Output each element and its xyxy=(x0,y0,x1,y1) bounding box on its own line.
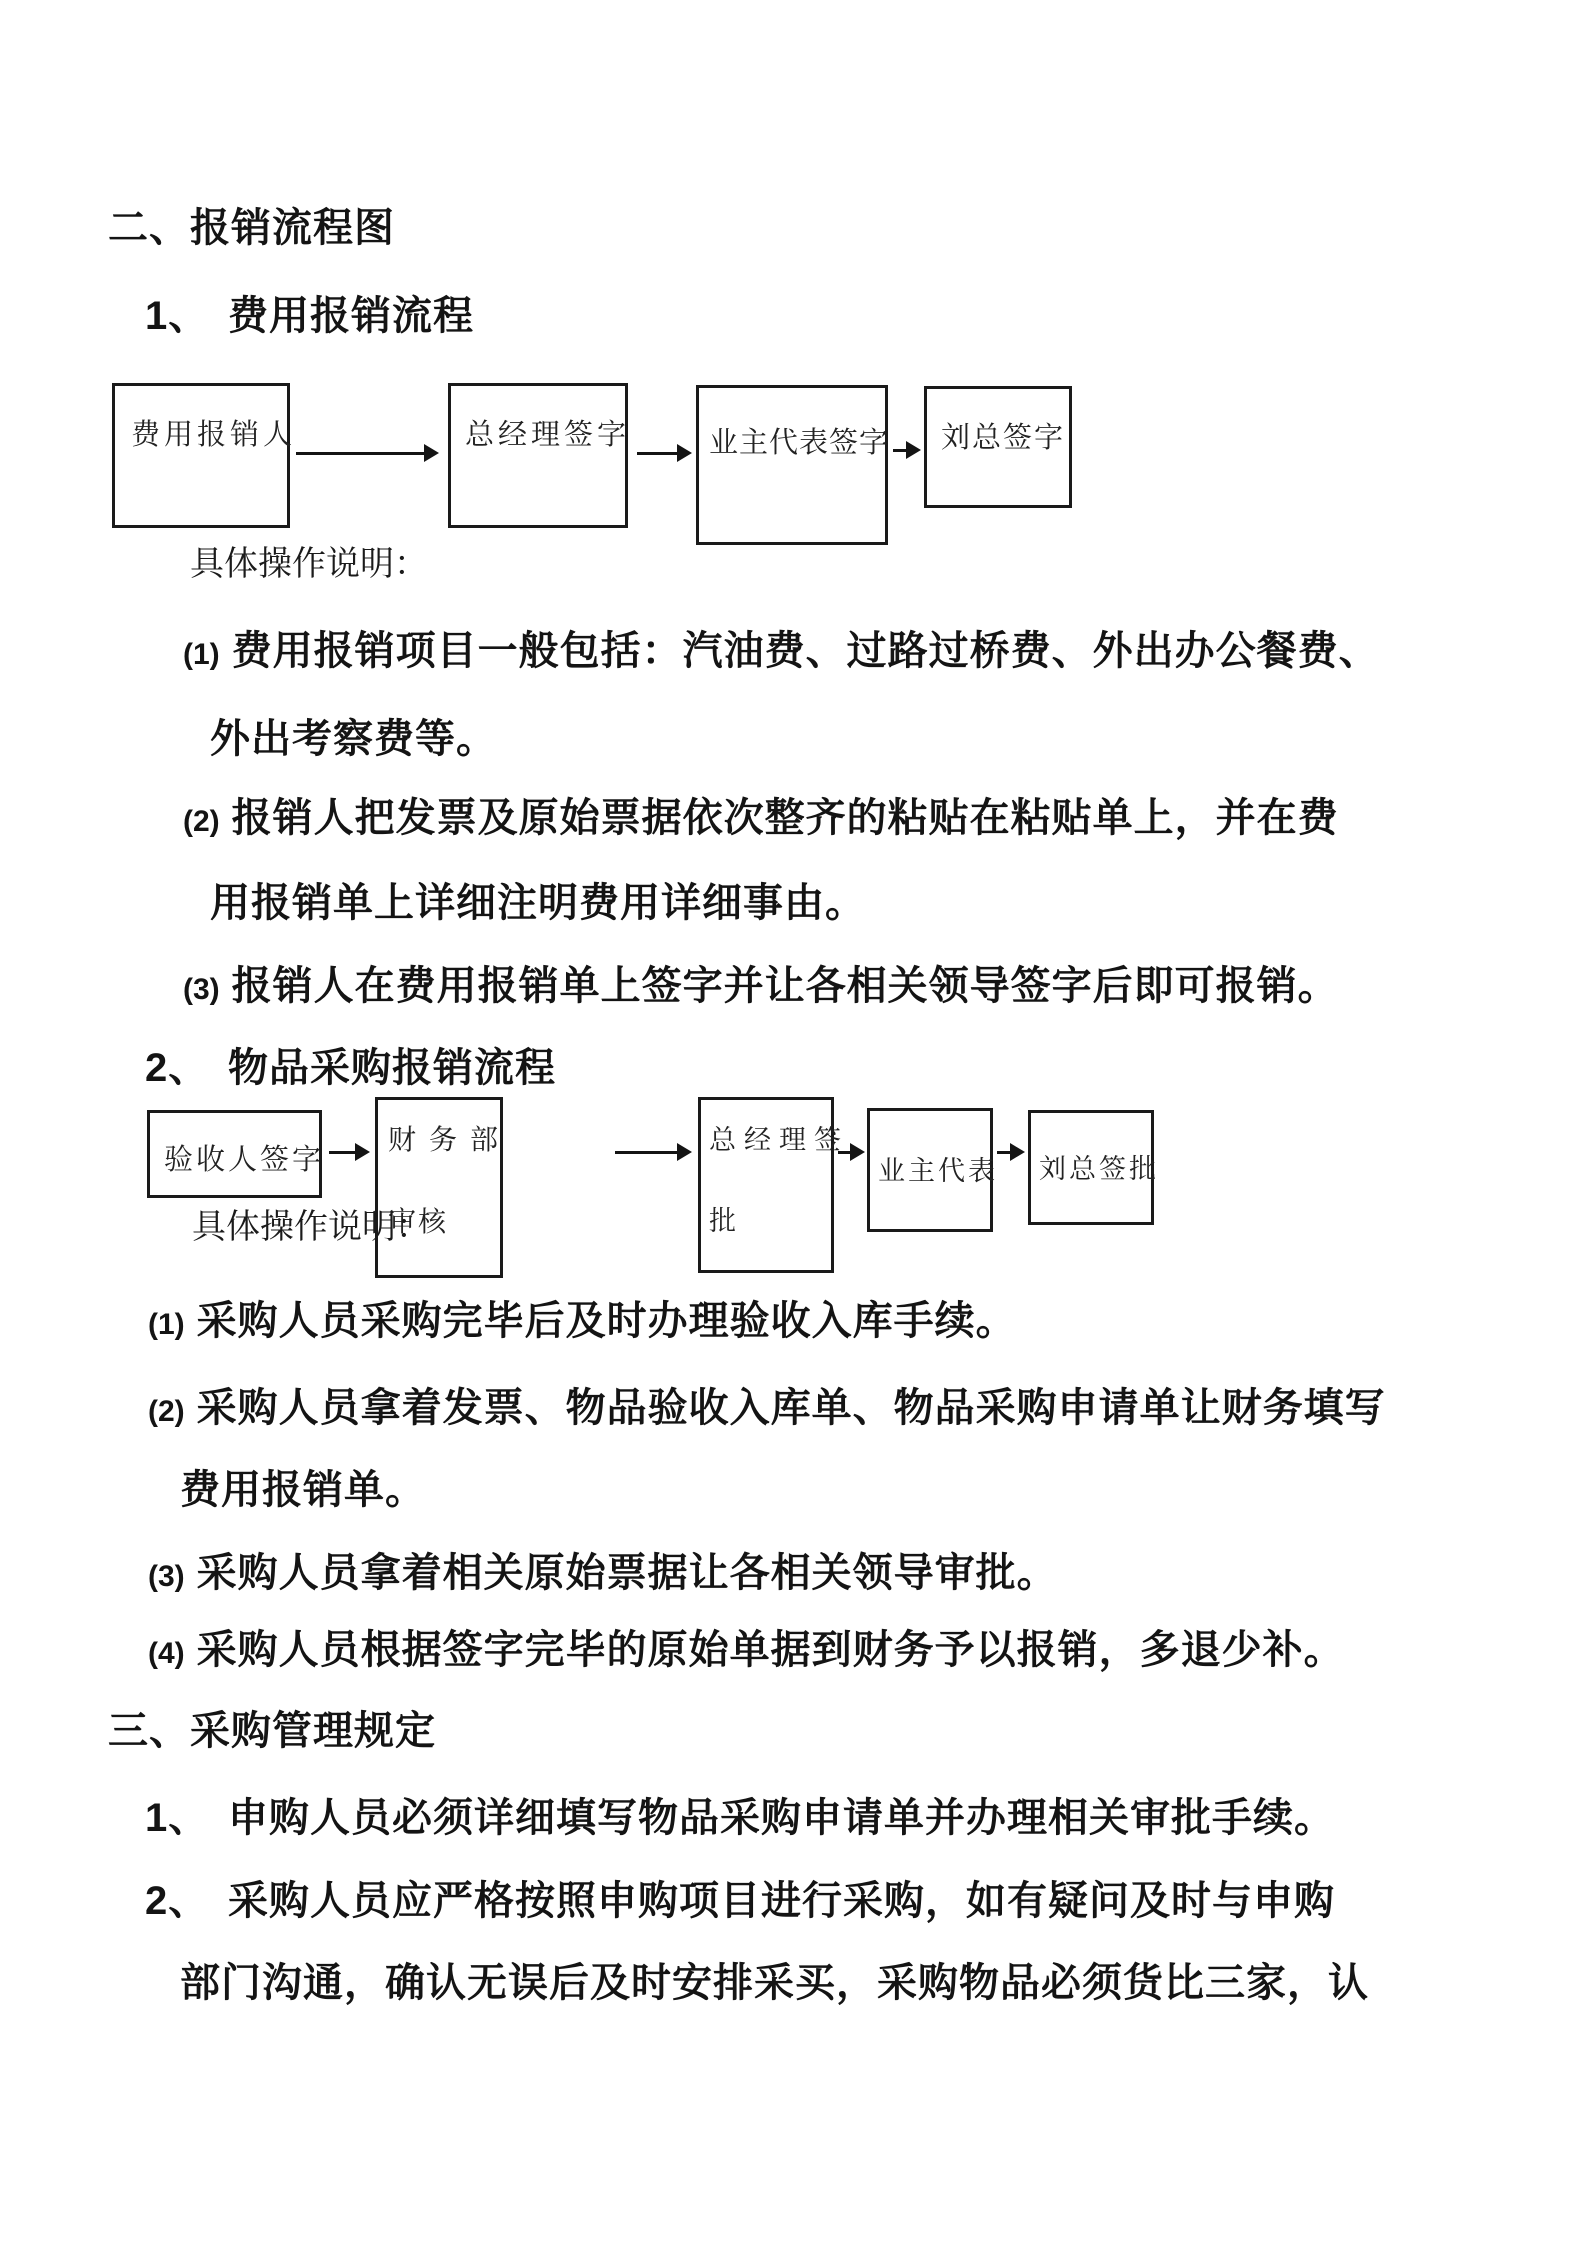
flowchart2-box-receiver-sign-label: 验收人签字 xyxy=(164,1144,324,1176)
section-heading-3-number: 三、 xyxy=(108,1708,190,1754)
flowchart2-box-finance-line1: 财务部 xyxy=(388,1118,500,1158)
list1-item3-line1: (3)报销人在费用报销单上签字并让各相关领导签字后即可报销。 xyxy=(183,963,1339,1009)
flow-arrow-icon xyxy=(615,1151,677,1154)
list2-item3-line1: (3)采购人员拿着相关原始票据让各相关领导审批。 xyxy=(148,1550,1058,1596)
list2-item4-text: 采购人员根据签字完毕的原始单据到财务予以报销，多退少补。 xyxy=(197,1628,1345,1672)
section-heading-2-title: 报销流程图 xyxy=(190,206,395,250)
operation-note-label-2: 具体操作说明： xyxy=(192,1208,430,1247)
flow-arrow-icon xyxy=(838,1151,850,1154)
list2-item3-text: 采购人员拿着相关原始票据让各相关领导审批。 xyxy=(197,1551,1058,1595)
list1-item2-text: 报销人把发票及原始票据依次整齐的粘贴在粘贴单上，并在费 xyxy=(232,796,1339,840)
list2-item2-line2: 费用报销单。 xyxy=(180,1467,426,1513)
list1-item1-text: 费用报销项目一般包括：汽油费、过路过桥费、外出办公餐费、 xyxy=(232,629,1380,673)
list2-item1-line1: (1)采购人员采购完毕后及时办理验收入库手续。 xyxy=(148,1298,1017,1344)
flowchart2-box-gm-line2: 批 xyxy=(709,1199,831,1238)
subsection-heading-1: 1、费用报销流程 xyxy=(145,293,474,339)
flowchart1-box-general-manager-sign: 总经理签字 xyxy=(448,383,628,528)
list2-item2-number: (2) xyxy=(148,1395,185,1428)
list2-item1-text: 采购人员采购完毕后及时办理验收入库手续。 xyxy=(197,1299,1017,1343)
section-heading-3: 三、采购管理规定 xyxy=(108,1708,436,1754)
flow-arrow-icon xyxy=(296,452,424,455)
list3-item2-text: 采购人员应严格按照申购项目进行采购，如有疑问及时与申购 xyxy=(228,1879,1335,1923)
list1-item3-number: (3) xyxy=(183,973,220,1006)
flowchart2-box-owner-label: 业主代表 xyxy=(878,1156,998,1186)
flowchart2-box-liu-approve-label: 刘总签批 xyxy=(1039,1154,1159,1184)
flowchart2-box-finance-review: 财务部审核 xyxy=(375,1097,503,1278)
flow-arrow-icon xyxy=(997,1151,1010,1154)
flowchart1-box-liu-sign: 刘总签字 xyxy=(924,386,1072,508)
flowchart2-box-gm-line1: 总经理签 xyxy=(709,1118,831,1157)
list3-item2-line2: 部门沟通，确认无误后及时安排采买，采购物品必须货比三家，认 xyxy=(180,1960,1369,2006)
list3-item1-line1: 1、申购人员必须详细填写物品采购申请单并办理相关审批手续。 xyxy=(145,1795,1335,1841)
flowchart2-box-general-manager-approve: 总经理签批 xyxy=(698,1097,834,1273)
flow-arrow-icon xyxy=(637,452,677,455)
list3-item2-number: 2、 xyxy=(145,1878,228,1924)
list1-item2-line1: (2)报销人把发票及原始票据依次整齐的粘贴在粘贴单上，并在费 xyxy=(183,795,1339,841)
flowchart2-box-receiver-sign: 验收人签字 xyxy=(147,1110,322,1198)
flowchart1-box-owner-representative-sign: 业主代表签字 xyxy=(696,385,888,545)
subsection-heading-2-title: 物品采购报销流程 xyxy=(228,1046,556,1090)
list2-item1-number: (1) xyxy=(148,1308,185,1341)
operation-note-label-1: 具体操作说明： xyxy=(190,545,428,584)
list1-item2-line2: 用报销单上详细注明费用详细事由。 xyxy=(210,880,866,926)
list2-item3-number: (3) xyxy=(148,1560,185,1593)
list1-item1-line2: 外出考察费等。 xyxy=(210,716,497,762)
list3-item2-line1: 2、采购人员应严格按照申购项目进行采购，如有疑问及时与申购 xyxy=(145,1878,1335,1924)
list3-item1-text: 申购人员必须详细填写物品采购申请单并办理相关审批手续。 xyxy=(228,1796,1335,1840)
list2-item4-line1: (4)采购人员根据签字完毕的原始单据到财务予以报销，多退少补。 xyxy=(148,1627,1345,1673)
list1-item2-number: (2) xyxy=(183,805,220,838)
section-heading-2-number: 二、 xyxy=(108,205,190,251)
list1-item3-text: 报销人在费用报销单上签字并让各相关领导签字后即可报销。 xyxy=(232,964,1339,1008)
list1-item1-line1: (1)费用报销项目一般包括：汽油费、过路过桥费、外出办公餐费、 xyxy=(183,628,1380,674)
flowchart1-box-expense-submitter: 费用报销人 xyxy=(112,383,290,528)
subsection-heading-2: 2、物品采购报销流程 xyxy=(145,1045,556,1091)
list2-item2-line1: (2)采购人员拿着发票、物品验收入库单、物品采购申请单让财务填写 xyxy=(148,1385,1386,1431)
flow-arrow-icon xyxy=(329,1151,355,1154)
document-page: 二、报销流程图 1、费用报销流程 费用报销人 总经理签字 业主代表签字 刘总签字… xyxy=(0,0,1587,2245)
subsection-heading-1-number: 1、 xyxy=(145,293,228,339)
flowchart2-box-owner-representative: 业主代表 xyxy=(867,1108,993,1232)
section-heading-3-title: 采购管理规定 xyxy=(190,1709,436,1753)
list1-item1-number: (1) xyxy=(183,638,220,671)
section-heading-2: 二、报销流程图 xyxy=(108,205,395,251)
flowchart2-box-liu-approve: 刘总签批 xyxy=(1028,1110,1154,1225)
subsection-heading-2-number: 2、 xyxy=(145,1045,228,1091)
list2-item4-number: (4) xyxy=(148,1637,185,1670)
subsection-heading-1-title: 费用报销流程 xyxy=(228,294,474,338)
list2-item2-text: 采购人员拿着发票、物品验收入库单、物品采购申请单让财务填写 xyxy=(197,1386,1386,1430)
flow-arrow-icon xyxy=(893,449,906,452)
list3-item1-number: 1、 xyxy=(145,1795,228,1841)
